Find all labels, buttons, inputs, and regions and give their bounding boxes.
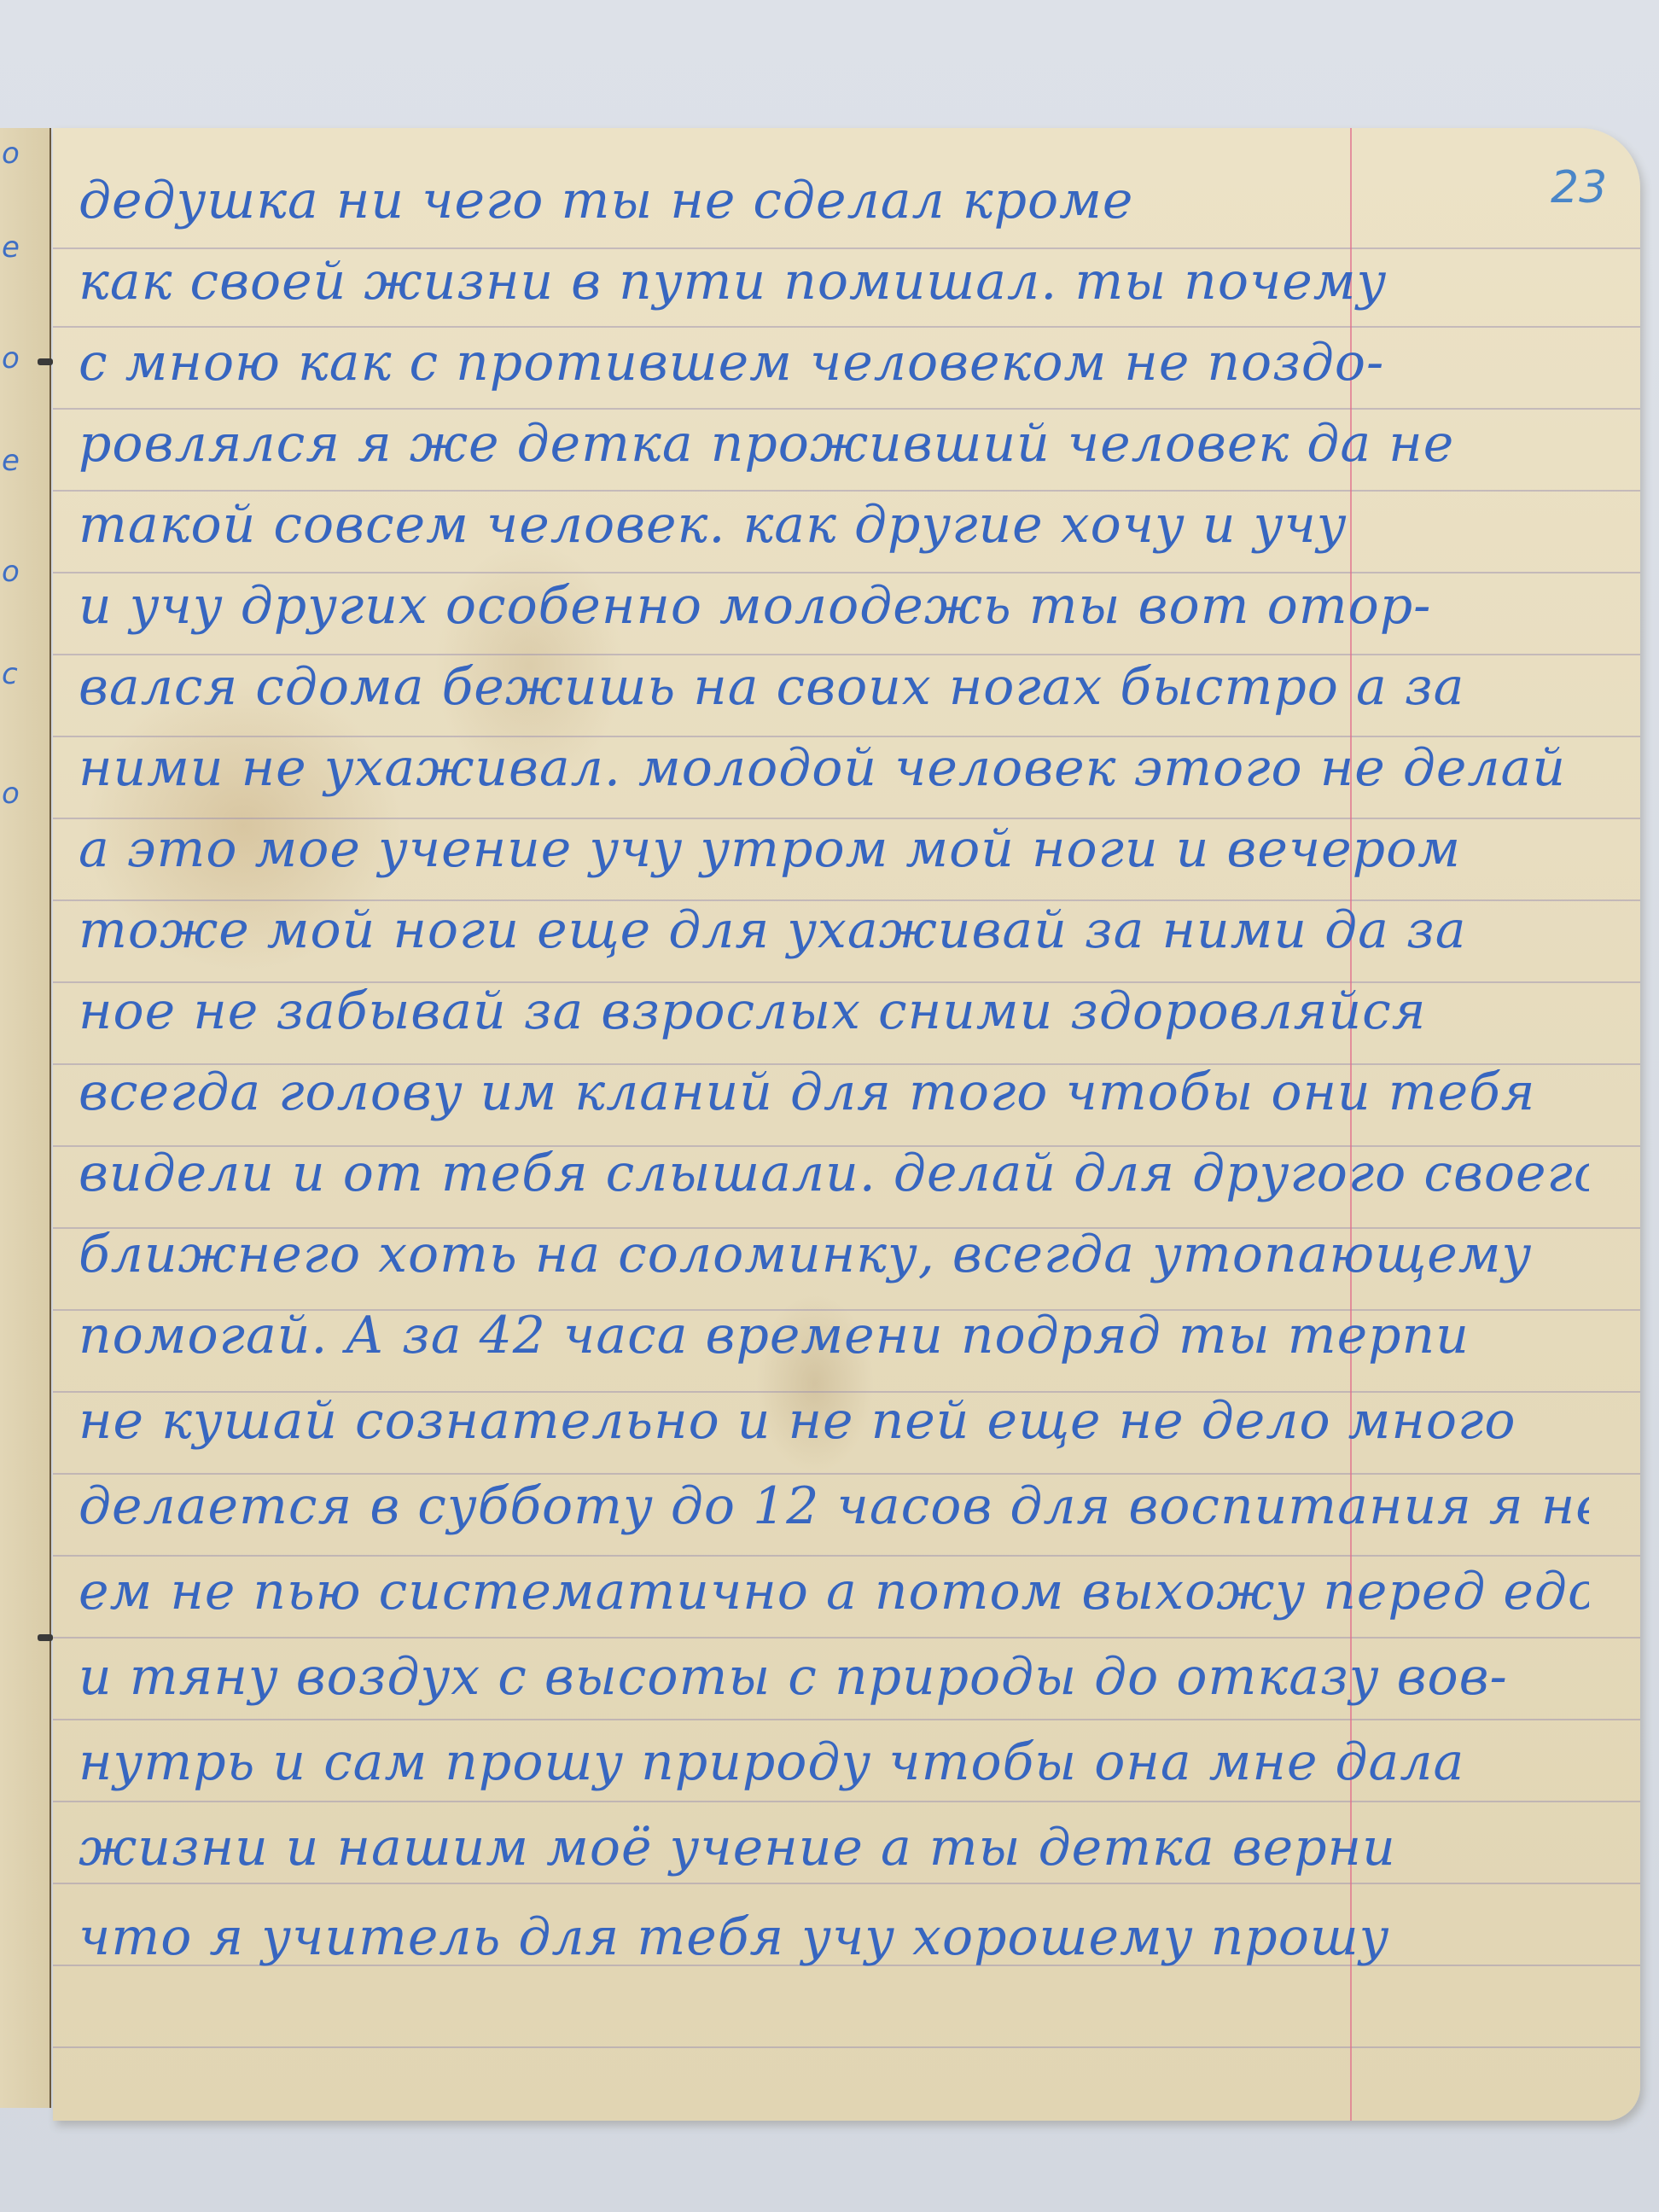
text-line: ное не забывай за взрослых сними здоровл… — [79, 973, 1589, 1050]
text-line: а это мое учение учу утром мой ноги и ве… — [79, 811, 1589, 888]
staple-icon — [38, 358, 53, 365]
text-line: и учу других особенно молодежь ты вот от… — [79, 568, 1589, 644]
text-line: всегда голову им кланий для того чтобы о… — [79, 1054, 1589, 1131]
text-line: делается в субботу до 12 часов для воспи… — [79, 1468, 1589, 1545]
text-line: видели и от тебя слышали. делай для друг… — [79, 1135, 1589, 1212]
text-line: тоже мой ноги еще для ухаживай за ними д… — [79, 892, 1589, 969]
text-line: ближнего хоть на соломинку, всегда утопа… — [79, 1216, 1589, 1293]
text-line: ровлялся я же детка проживший человек да… — [79, 405, 1589, 482]
text-line: и тяну воздух с высоты с природы до отка… — [79, 1639, 1589, 1715]
fragment-letter: о — [2, 777, 20, 811]
notebook-page: 23 дедушка ни чего ты не сделал кроме ка… — [53, 128, 1640, 2121]
text-line: не кушай сознательно и не пей еще не дел… — [79, 1382, 1589, 1459]
fragment-letter: о — [2, 137, 20, 171]
text-line: такой совсем человек. как другие хочу и … — [79, 486, 1589, 563]
text-line: ем не пью систематично а потом выхожу пе… — [79, 1553, 1589, 1630]
text-line: что я учитель для тебя учу хорошему прош… — [79, 1899, 1589, 1976]
text-line: ними не ухаживал. молодой человек этого … — [79, 730, 1589, 806]
adjacent-page-fragment: о е о е о с о — [0, 128, 51, 2108]
text-line: нутрь и сам прошу природу чтобы она мне … — [79, 1724, 1589, 1801]
text-line: вался сдома бежишь на своих ногах быстро… — [79, 649, 1589, 725]
ruled-line — [53, 1719, 1640, 1720]
fragment-letter: о — [2, 555, 20, 589]
fragment-letter: е — [2, 230, 20, 265]
staple-icon — [38, 1634, 53, 1641]
text-line: жизни и нашим моё учение а ты детка верн… — [79, 1809, 1589, 1886]
fragment-letter: с — [2, 657, 18, 691]
fragment-letter: е — [2, 444, 20, 478]
text-line: помогай. А за 42 часа времени подряд ты … — [79, 1297, 1589, 1374]
notebook-photo: о е о е о с о 23 — [0, 0, 1659, 2212]
fragment-letter: о — [2, 341, 20, 375]
text-line: как своей жизни в пути помишал. ты почем… — [79, 243, 1589, 320]
text-line: с мною как с протившем человеком не позд… — [79, 324, 1589, 401]
text-line: дедушка ни чего ты не сделал кроме — [79, 162, 1589, 239]
ruled-line — [53, 2046, 1640, 2048]
ruled-line — [53, 1801, 1640, 1802]
